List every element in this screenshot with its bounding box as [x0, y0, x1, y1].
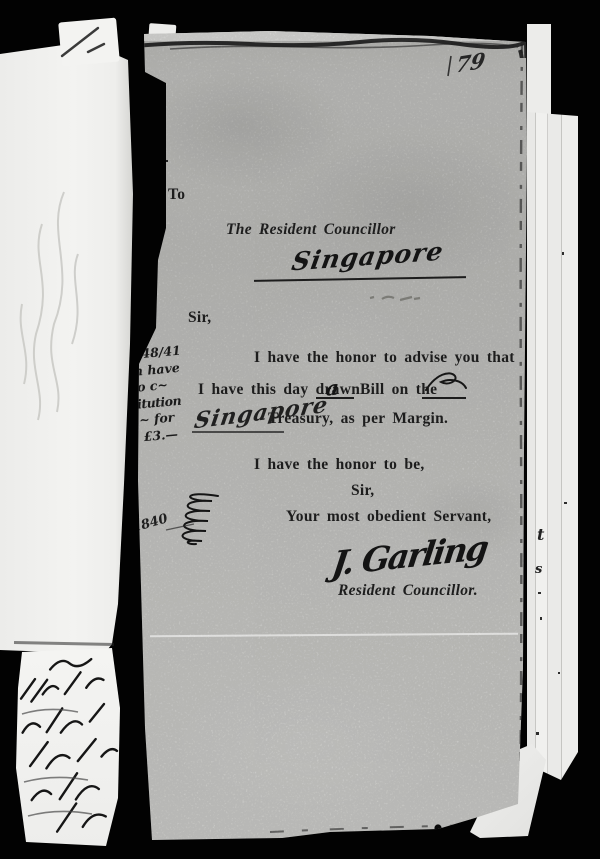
to-label: To: [168, 186, 185, 204]
salutation: Sir,: [188, 309, 211, 327]
closing-line-1: I have the honor to be,: [254, 456, 425, 474]
edge-specks: [528, 112, 578, 780]
margin-coil-scribble: [164, 488, 224, 548]
place-rule: [192, 431, 284, 433]
handwriting-scribbles: [18, 654, 120, 840]
bottom-edge-marks: [150, 816, 520, 842]
ink-smudge: [368, 290, 422, 304]
body-line-3: Treasury, as per Margin.: [268, 410, 448, 428]
blank-flourish-handwriting: [424, 368, 468, 394]
page-number-annotation: 79: [454, 47, 487, 78]
signature-title: Resident Councillor.: [338, 582, 478, 600]
body-line-1: I have the honor to advise you that: [254, 349, 515, 367]
scanned-letter-photograph: t s 79 To The Resident Counci: [0, 0, 600, 859]
right-page-edge-upper: [527, 24, 551, 114]
closing-line-3: Your most obedient Servant,: [286, 508, 491, 526]
closing-line-2: Sir,: [351, 482, 374, 500]
left-underlying-page: [0, 44, 134, 654]
pencil-check-mark: [58, 18, 122, 64]
recipient-line: The Resident Councillor: [226, 221, 396, 239]
blank-rule: [422, 397, 466, 399]
main-letter-page: 79 To The Resident Councillor Singapore …: [130, 28, 530, 844]
faint-bleedthrough-handwriting: [2, 184, 112, 444]
margin-tick-mark: [154, 160, 168, 162]
bottom-left-page-fragment: [16, 648, 122, 848]
